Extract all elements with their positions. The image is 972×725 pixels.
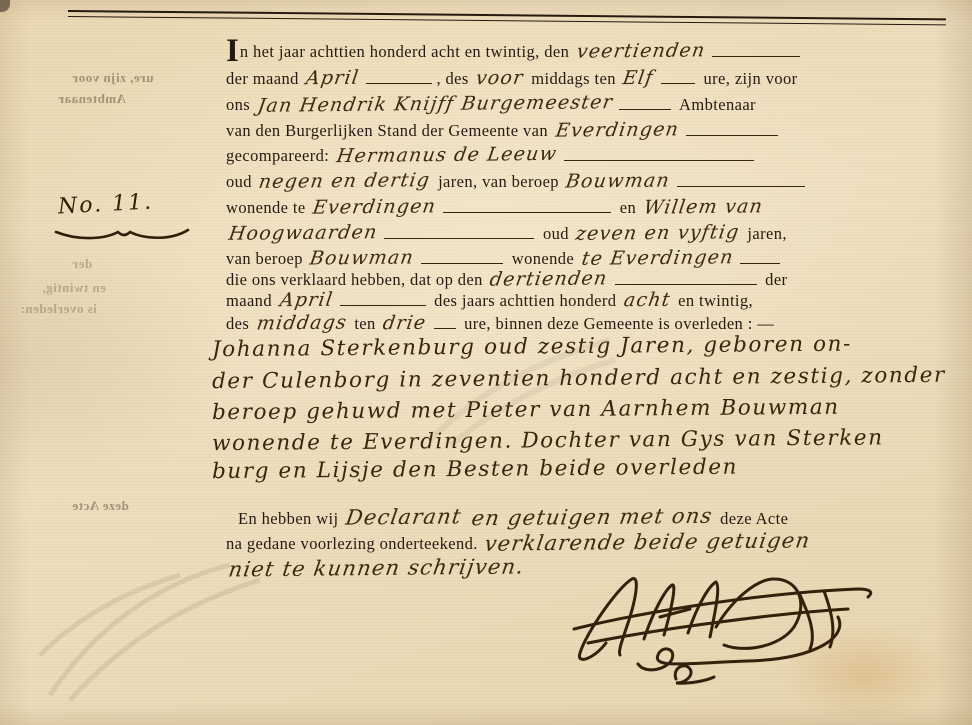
- printed-text: deze Acte: [720, 509, 788, 528]
- printed-text: ons: [226, 95, 250, 114]
- act-line-8: Hoogwaarden oud zeven en vyftig jaren,: [226, 222, 926, 244]
- blank-fill-line: [366, 80, 432, 84]
- handwritten-text: Jan Hendrik Knijff Burgemeester: [253, 91, 618, 117]
- top-double-rule: [68, 10, 946, 25]
- printed-text: maand: [226, 291, 272, 310]
- printed-text: wonende te: [226, 198, 306, 217]
- bleedthrough-text: Ambtenaar: [58, 91, 126, 107]
- act-line-5: gecompareerd: Hermanus de Leeuw: [226, 144, 926, 166]
- printed-text: jaren,: [747, 224, 787, 243]
- printed-text: n het jaar achttien honderd acht en twin…: [240, 42, 569, 61]
- printed-text: der maand: [226, 69, 299, 88]
- printed-text: van beroep: [226, 249, 303, 268]
- printed-text: des: [226, 314, 249, 333]
- printed-text: En hebben wij: [238, 509, 339, 528]
- handwritten-text: Declarant: [341, 504, 466, 529]
- deceased-details-line: burg en Lijsje den Besten beide overlede…: [212, 453, 942, 484]
- blank-fill-line: [686, 132, 778, 136]
- blank-fill-line: [421, 260, 503, 264]
- paper-corner-mark: [0, 0, 10, 12]
- blank-fill-line: [712, 53, 800, 57]
- act-line-2: der maand April, des voor middags ten El…: [226, 67, 926, 89]
- act-number-flourish: [52, 222, 192, 244]
- blank-fill-line: [661, 80, 695, 84]
- blank-fill-line: [677, 183, 805, 187]
- bleedthrough-text: en twintig,: [42, 280, 106, 296]
- printed-text: van den Burgerlijken Stand der Gemeente …: [226, 121, 548, 140]
- blank-fill-line: [434, 325, 456, 329]
- printed-text: der: [765, 270, 787, 289]
- blank-fill-line: [740, 260, 780, 264]
- handwritten-text: acht: [619, 289, 675, 312]
- bleedthrough-swash: [420, 330, 620, 450]
- handwritten-text: Everdingen: [308, 195, 441, 218]
- act-line-11: maand April des jaars achttien honderd a…: [226, 289, 926, 311]
- printed-text: gecompareerd:: [226, 146, 329, 165]
- printed-text: en twintig,: [678, 291, 753, 310]
- handwritten-text: negen en dertig: [255, 169, 436, 193]
- act-line-10: die ons verklaard hebben, dat op den der…: [226, 268, 926, 290]
- blank-fill-line: [384, 235, 534, 239]
- printed-text: wonende: [512, 249, 574, 268]
- printed-text: ten: [354, 314, 375, 333]
- printed-text: die ons verklaard hebben, dat op den: [226, 270, 483, 289]
- printed-text: en: [620, 198, 636, 217]
- handwritten-text: veertienden: [572, 39, 710, 62]
- printed-text: , des: [436, 69, 468, 88]
- blank-fill-line: [564, 157, 754, 161]
- drop-cap: I: [226, 33, 240, 69]
- bleedthrough-swash: [30, 545, 290, 705]
- act-number: No. 11.: [57, 190, 153, 220]
- act-line-6: oud negen en dertig jaren, van beroep Bo…: [226, 170, 926, 192]
- bleedthrough-text: ure, zijn voor: [72, 70, 154, 86]
- blank-fill-line: [615, 281, 757, 285]
- closing-line-2: na gedane voorlezing onderteekend. verkl…: [226, 530, 926, 554]
- blank-fill-line: [443, 209, 611, 213]
- bleedthrough-text: is overleden:: [20, 301, 97, 317]
- bleedthrough-text: der: [72, 256, 92, 272]
- printed-text: oud: [226, 172, 252, 191]
- handwritten-text: Everdingen: [551, 118, 684, 141]
- blank-fill-line: [619, 106, 671, 110]
- bleedthrough-text: deze Acte: [72, 498, 129, 514]
- act-line-7: wonende te Everdingen en Willem van: [226, 196, 926, 218]
- handwritten-text: Bouwman: [562, 169, 675, 192]
- act-line-9: van beroep Bouwman wonende te Everdingen: [226, 247, 926, 269]
- handwritten-text: en getuigen met ons: [467, 504, 717, 531]
- act-line-4: van den Burgerlijken Stand der Gemeente …: [226, 119, 926, 141]
- printed-text: des jaars achttien honderd: [434, 291, 616, 310]
- handwritten-text: middags: [252, 311, 351, 334]
- closing-line-1: En hebben wij Declarant en getuigen met …: [238, 505, 938, 529]
- handwritten-text: April: [302, 67, 364, 90]
- handwritten-text: April: [275, 289, 337, 312]
- handwritten-text: Hoogwaarden: [224, 221, 382, 245]
- printed-text: oud: [543, 224, 569, 243]
- handwritten-text: dertienden: [486, 267, 613, 290]
- handwritten-text: Hermanus de Leeuw: [332, 143, 562, 167]
- act-line-1: In het jaar achttien honderd acht en twi…: [226, 40, 926, 62]
- handwritten-text: zeven en vyftig: [572, 221, 745, 245]
- printed-text: Ambtenaar: [679, 95, 756, 114]
- printed-text: ure, zijn voor: [704, 69, 798, 88]
- handwritten-text: Elf: [619, 67, 659, 89]
- handwritten-text: Willem van: [639, 195, 767, 218]
- handwritten-text: voor: [472, 67, 529, 90]
- blank-fill-line: [340, 302, 426, 306]
- death-certificate-page: ure, zijn voor Ambtenaar der en twintig,…: [0, 0, 972, 725]
- handwritten-text: Bouwman: [306, 246, 419, 269]
- printed-text: middags ten: [531, 69, 616, 88]
- printed-text: jaren, van beroep: [438, 172, 559, 191]
- handwritten-text: verklarende beide getuigen: [480, 528, 815, 555]
- signature-jh-knijff: [548, 565, 888, 695]
- handwritten-text: te Everdingen: [577, 246, 738, 270]
- act-line-3: ons Jan Hendrik Knijff Burgemeester Ambt…: [226, 93, 926, 115]
